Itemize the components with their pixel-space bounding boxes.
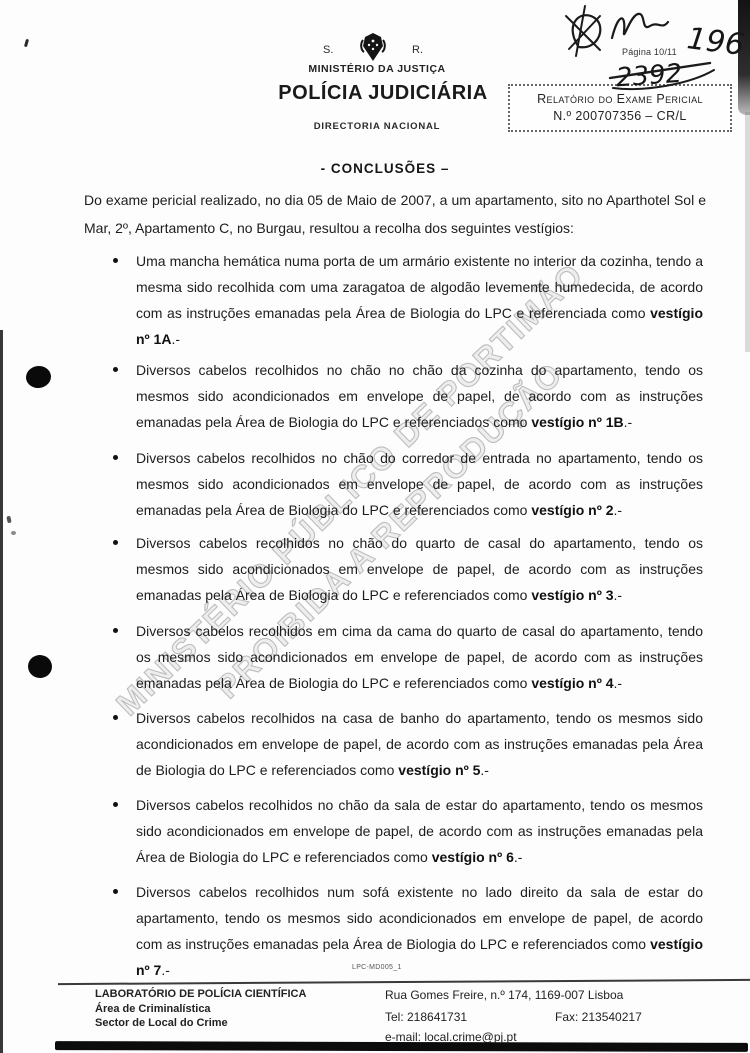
bullet-icon bbox=[113, 367, 118, 372]
bullet-icon bbox=[113, 889, 118, 894]
bullet-icon bbox=[113, 258, 118, 263]
footer-address: Rua Gomes Freire, n.º 174, 1169-007 Lisb… bbox=[385, 988, 623, 1002]
bullet-text: Diversos cabelos recolhidos no chão do q… bbox=[136, 530, 703, 608]
list-item-vestigio-3: Diversos cabelos recolhidos no chão do q… bbox=[103, 530, 703, 608]
bullet-text: Diversos cabelos recolhidos na casa de b… bbox=[136, 705, 703, 783]
bullet-text: Diversos cabelos recolhidos no chão no c… bbox=[136, 357, 703, 435]
bullet-icon bbox=[113, 628, 118, 633]
footer-email: e-mail: local.crime@pj.pt bbox=[385, 1030, 517, 1044]
footer-area: Área de Criminalística bbox=[95, 1002, 306, 1017]
scan-artifact bbox=[24, 39, 29, 48]
list-item-vestigio-7: Diversos cabelos recolhidos num sofá exi… bbox=[103, 879, 703, 983]
coat-of-arms-icon bbox=[360, 32, 386, 67]
scan-artifact bbox=[11, 531, 16, 535]
footer-lab-name: LABORATÓRIO DE POLÍCIA CIENTÍFICA bbox=[95, 987, 306, 1002]
list-item-vestigio-1a: Uma mancha hemática numa porta de um arm… bbox=[103, 248, 703, 352]
bullet-text: Uma mancha hemática numa porta de um arm… bbox=[136, 248, 703, 352]
bullet-text: Diversos cabelos recolhidos no chão do c… bbox=[136, 445, 703, 523]
scan-edge-line bbox=[0, 330, 3, 1053]
ministry-title: MINISTÉRIO DA JUSTIÇA bbox=[277, 63, 477, 75]
intro-paragraph: Do exame pericial realizado, no dia 05 d… bbox=[84, 186, 706, 242]
scan-artifact bbox=[6, 516, 11, 524]
footer-lab-block: LABORATÓRIO DE POLÍCIA CIENTÍFICA Área d… bbox=[95, 987, 306, 1031]
handwritten-squiggle-icon bbox=[612, 14, 668, 38]
division-title: DIRECTORIA NACIONAL bbox=[277, 121, 477, 132]
list-item-vestigio-5: Diversos cabelos recolhidos na casa de b… bbox=[103, 705, 703, 783]
handwritten-initials-icon bbox=[566, 6, 600, 56]
ink-blob bbox=[25, 364, 53, 389]
bullet-icon bbox=[113, 715, 118, 720]
scan-edge-shadow bbox=[745, 112, 750, 352]
handwritten-annotations: 196 2392 bbox=[540, 0, 750, 100]
scanned-document-page: MINISTÉRIO PÚBLICO DE PORTIMÃO PROIBIDA … bbox=[0, 0, 750, 1053]
header-crest-row: S. R. bbox=[323, 32, 423, 67]
header-initial-s: S. bbox=[323, 44, 333, 56]
list-item-vestigio-4: Diversos cabelos recolhidos em cima da c… bbox=[103, 618, 703, 696]
ink-blob bbox=[27, 654, 53, 679]
list-item-vestigio-6: Diversos cabelos recolhidos no chão da s… bbox=[103, 792, 703, 870]
handwritten-number-large: 196 bbox=[685, 21, 746, 63]
bullet-text: Diversos cabelos recolhidos em cima da c… bbox=[136, 618, 703, 696]
footer-sector: Sector de Local do Crime bbox=[95, 1016, 306, 1031]
bullet-icon bbox=[113, 802, 118, 807]
bullet-text: Diversos cabelos recolhidos num sofá exi… bbox=[136, 879, 703, 983]
organization-title: POLÍCIA JUDICIÁRIA bbox=[273, 82, 493, 105]
bullet-text: Diversos cabelos recolhidos no chão da s… bbox=[136, 792, 703, 870]
list-item-vestigio-1b: Diversos cabelos recolhidos no chão no c… bbox=[103, 357, 703, 435]
header-initial-r: R. bbox=[412, 44, 423, 56]
bullet-icon bbox=[113, 455, 118, 460]
section-title: - CONCLUSÕES – bbox=[60, 161, 710, 176]
bullet-icon bbox=[113, 540, 118, 545]
footer-fax: Fax: 213540217 bbox=[555, 1010, 642, 1024]
stamp-report-number: N.º 200707356 – CR/L bbox=[514, 109, 726, 123]
form-code: LPC-MD005_1 bbox=[352, 964, 402, 971]
list-item-vestigio-2: Diversos cabelos recolhidos no chão do c… bbox=[103, 445, 703, 523]
footer-telephone: Tel: 218641731 bbox=[385, 1010, 467, 1024]
